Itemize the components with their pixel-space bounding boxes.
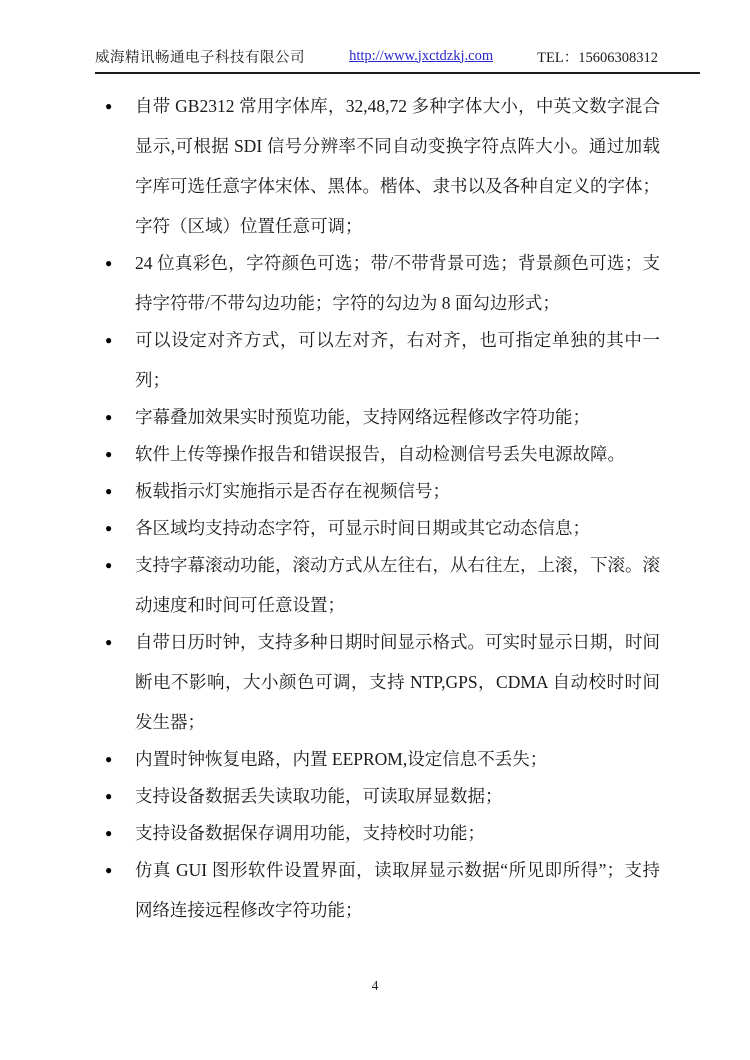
- feature-item: ● 支持设备数据丢失读取功能，可读取屏显数据；: [103, 776, 660, 816]
- bullet-icon: ●: [105, 508, 112, 548]
- bullet-icon: ●: [105, 86, 112, 126]
- feature-item: ● 自带 GB2312 常用字体库，32,48,72 多种字体大小，中英文数字混…: [103, 86, 660, 246]
- bullet-icon: ●: [105, 434, 112, 474]
- bullet-icon: ●: [105, 739, 112, 779]
- feature-item: ● 板载指示灯实施指示是否存在视频信号；: [103, 471, 660, 511]
- bullet-icon: ●: [105, 622, 112, 662]
- feature-item: ● 各区域均支持动态字符，可显示时间日期或其它动态信息；: [103, 508, 660, 548]
- document-page: 威海精讯畅通电子科技有限公司 http://www.jxctdzkj.com T…: [0, 0, 750, 1060]
- feature-text: 板载指示灯实施指示是否存在视频信号；: [135, 481, 450, 501]
- telephone-number: TEL：15606308312: [537, 46, 658, 67]
- feature-item: ● 软件上传等操作报告和错误报告，自动检测信号丢失电源故障。: [103, 434, 660, 474]
- feature-item: ● 可以设定对齐方式，可以左对齐，右对齐，也可指定单独的其中一列；: [103, 320, 660, 400]
- feature-item: ● 支持设备数据保存调用功能，支持校时功能；: [103, 813, 660, 853]
- feature-text: 字幕叠加效果实时预览功能，支持网络远程修改字符功能；: [135, 407, 590, 427]
- bullet-icon: ●: [105, 243, 112, 283]
- feature-item: ● 24 位真彩色，字符颜色可选；带/不带背景可选；背景颜色可选；支持字符带/不…: [103, 243, 660, 323]
- feature-item: ● 自带日历时钟，支持多种日期时间显示格式。可实时显示日期，时间断电不影响，大小…: [103, 622, 660, 742]
- feature-item: ● 字幕叠加效果实时预览功能，支持网络远程修改字符功能；: [103, 397, 660, 437]
- feature-item: ● 支持字幕滚动功能，滚动方式从左往右，从右往左，上滚，下滚。滚动速度和时间可任…: [103, 545, 660, 625]
- bullet-icon: ●: [105, 320, 112, 360]
- feature-text: 支持设备数据保存调用功能，支持校时功能；: [135, 823, 485, 843]
- feature-item: ● 内置时钟恢复电路，内置 EEPROM,设定信息不丢失；: [103, 739, 660, 779]
- feature-text: 可以设定对齐方式，可以左对齐，右对齐，也可指定单独的其中一列；: [135, 330, 660, 390]
- website-link[interactable]: http://www.jxctdzkj.com: [349, 48, 493, 65]
- bullet-icon: ●: [105, 545, 112, 585]
- feature-text: 仿真 GUI 图形软件设置界面，读取屏显示数据“所见即所得”；支持网络连接远程修…: [135, 860, 660, 920]
- bullet-icon: ●: [105, 813, 112, 853]
- page-number: 4: [0, 978, 750, 994]
- page-header: 威海精讯畅通电子科技有限公司 http://www.jxctdzkj.com T…: [95, 42, 700, 74]
- feature-text: 自带 GB2312 常用字体库，32,48,72 多种字体大小，中英文数字混合显…: [135, 96, 660, 236]
- company-name: 威海精讯畅通电子科技有限公司: [95, 46, 305, 67]
- bullet-icon: ●: [105, 471, 112, 511]
- bullet-icon: ●: [105, 397, 112, 437]
- feature-text: 内置时钟恢复电路，内置 EEPROM,设定信息不丢失；: [135, 749, 547, 769]
- bullet-icon: ●: [105, 850, 112, 890]
- feature-item: ● 仿真 GUI 图形软件设置界面，读取屏显示数据“所见即所得”；支持网络连接远…: [103, 850, 660, 930]
- feature-text: 自带日历时钟，支持多种日期时间显示格式。可实时显示日期，时间断电不影响，大小颜色…: [135, 632, 660, 732]
- feature-text: 支持设备数据丢失读取功能，可读取屏显数据；: [135, 786, 503, 806]
- feature-text: 支持字幕滚动功能，滚动方式从左往右，从右往左，上滚，下滚。滚动速度和时间可任意设…: [135, 555, 660, 615]
- feature-text: 24 位真彩色，字符颜色可选；带/不带背景可选；背景颜色可选；支持字符带/不带勾…: [135, 253, 660, 313]
- bullet-icon: ●: [105, 776, 112, 816]
- feature-list: ● 自带 GB2312 常用字体库，32,48,72 多种字体大小，中英文数字混…: [103, 86, 660, 927]
- feature-text: 各区域均支持动态字符，可显示时间日期或其它动态信息；: [135, 518, 590, 538]
- feature-text: 软件上传等操作报告和错误报告，自动检测信号丢失电源故障。: [135, 444, 625, 464]
